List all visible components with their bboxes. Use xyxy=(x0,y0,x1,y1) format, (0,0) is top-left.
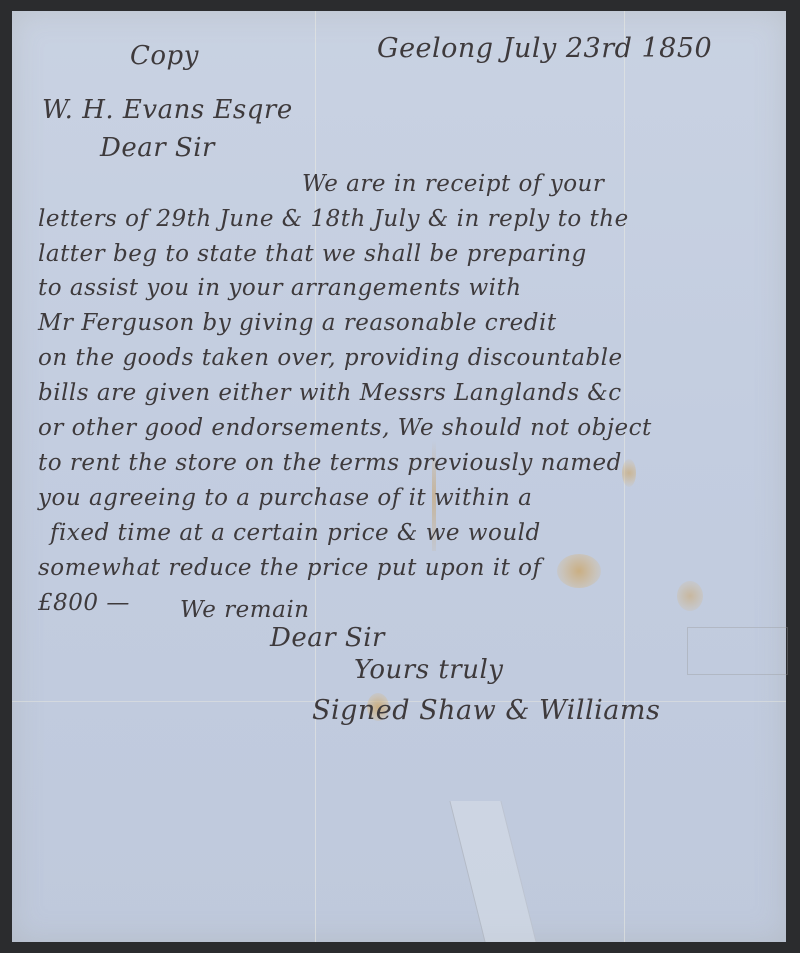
mount-corner xyxy=(687,627,788,675)
tape-strip xyxy=(449,801,536,942)
body-line: £800 — xyxy=(38,590,130,616)
body-line: bills are given either with Messrs Langl… xyxy=(38,380,622,406)
body-line: Mr Ferguson by giving a reasonable credi… xyxy=(38,310,557,336)
water-stain xyxy=(677,581,703,611)
body-line: We are in receipt of your xyxy=(302,171,604,197)
body-line: fixed time at a certain price & we would xyxy=(50,520,541,546)
body-line: letters of 29th June & 18th July & in re… xyxy=(38,206,629,232)
water-stain xyxy=(622,459,636,487)
closing-valediction: Yours truly xyxy=(354,655,503,685)
body-line: on the goods taken over, providing disco… xyxy=(38,345,623,371)
body-line: somewhat reduce the price put upon it of xyxy=(38,555,542,581)
addressee: W. H. Evans Esqre xyxy=(42,95,293,125)
copy-mark: Copy xyxy=(130,41,199,71)
letter-page: Copy Geelong July 23rd 1850 W. H. Evans … xyxy=(12,11,786,942)
body-line: latter beg to state that we shall be pre… xyxy=(38,241,587,267)
signature: Signed Shaw & Williams xyxy=(312,695,660,726)
place-date: Geelong July 23rd 1850 xyxy=(377,33,712,64)
fold-line-vertical xyxy=(315,11,316,942)
salutation: Dear Sir xyxy=(100,133,215,163)
closing-salutation: Dear Sir xyxy=(270,623,385,653)
body-line: to assist you in your arrangements with xyxy=(38,275,522,301)
body-line: or other good endorsements, We should no… xyxy=(38,415,652,441)
closing-remain: We remain xyxy=(180,597,309,623)
body-line: you agreeing to a purchase of it within … xyxy=(38,485,532,511)
body-line: to rent the store on the terms previousl… xyxy=(38,450,622,476)
water-stain xyxy=(557,554,601,588)
